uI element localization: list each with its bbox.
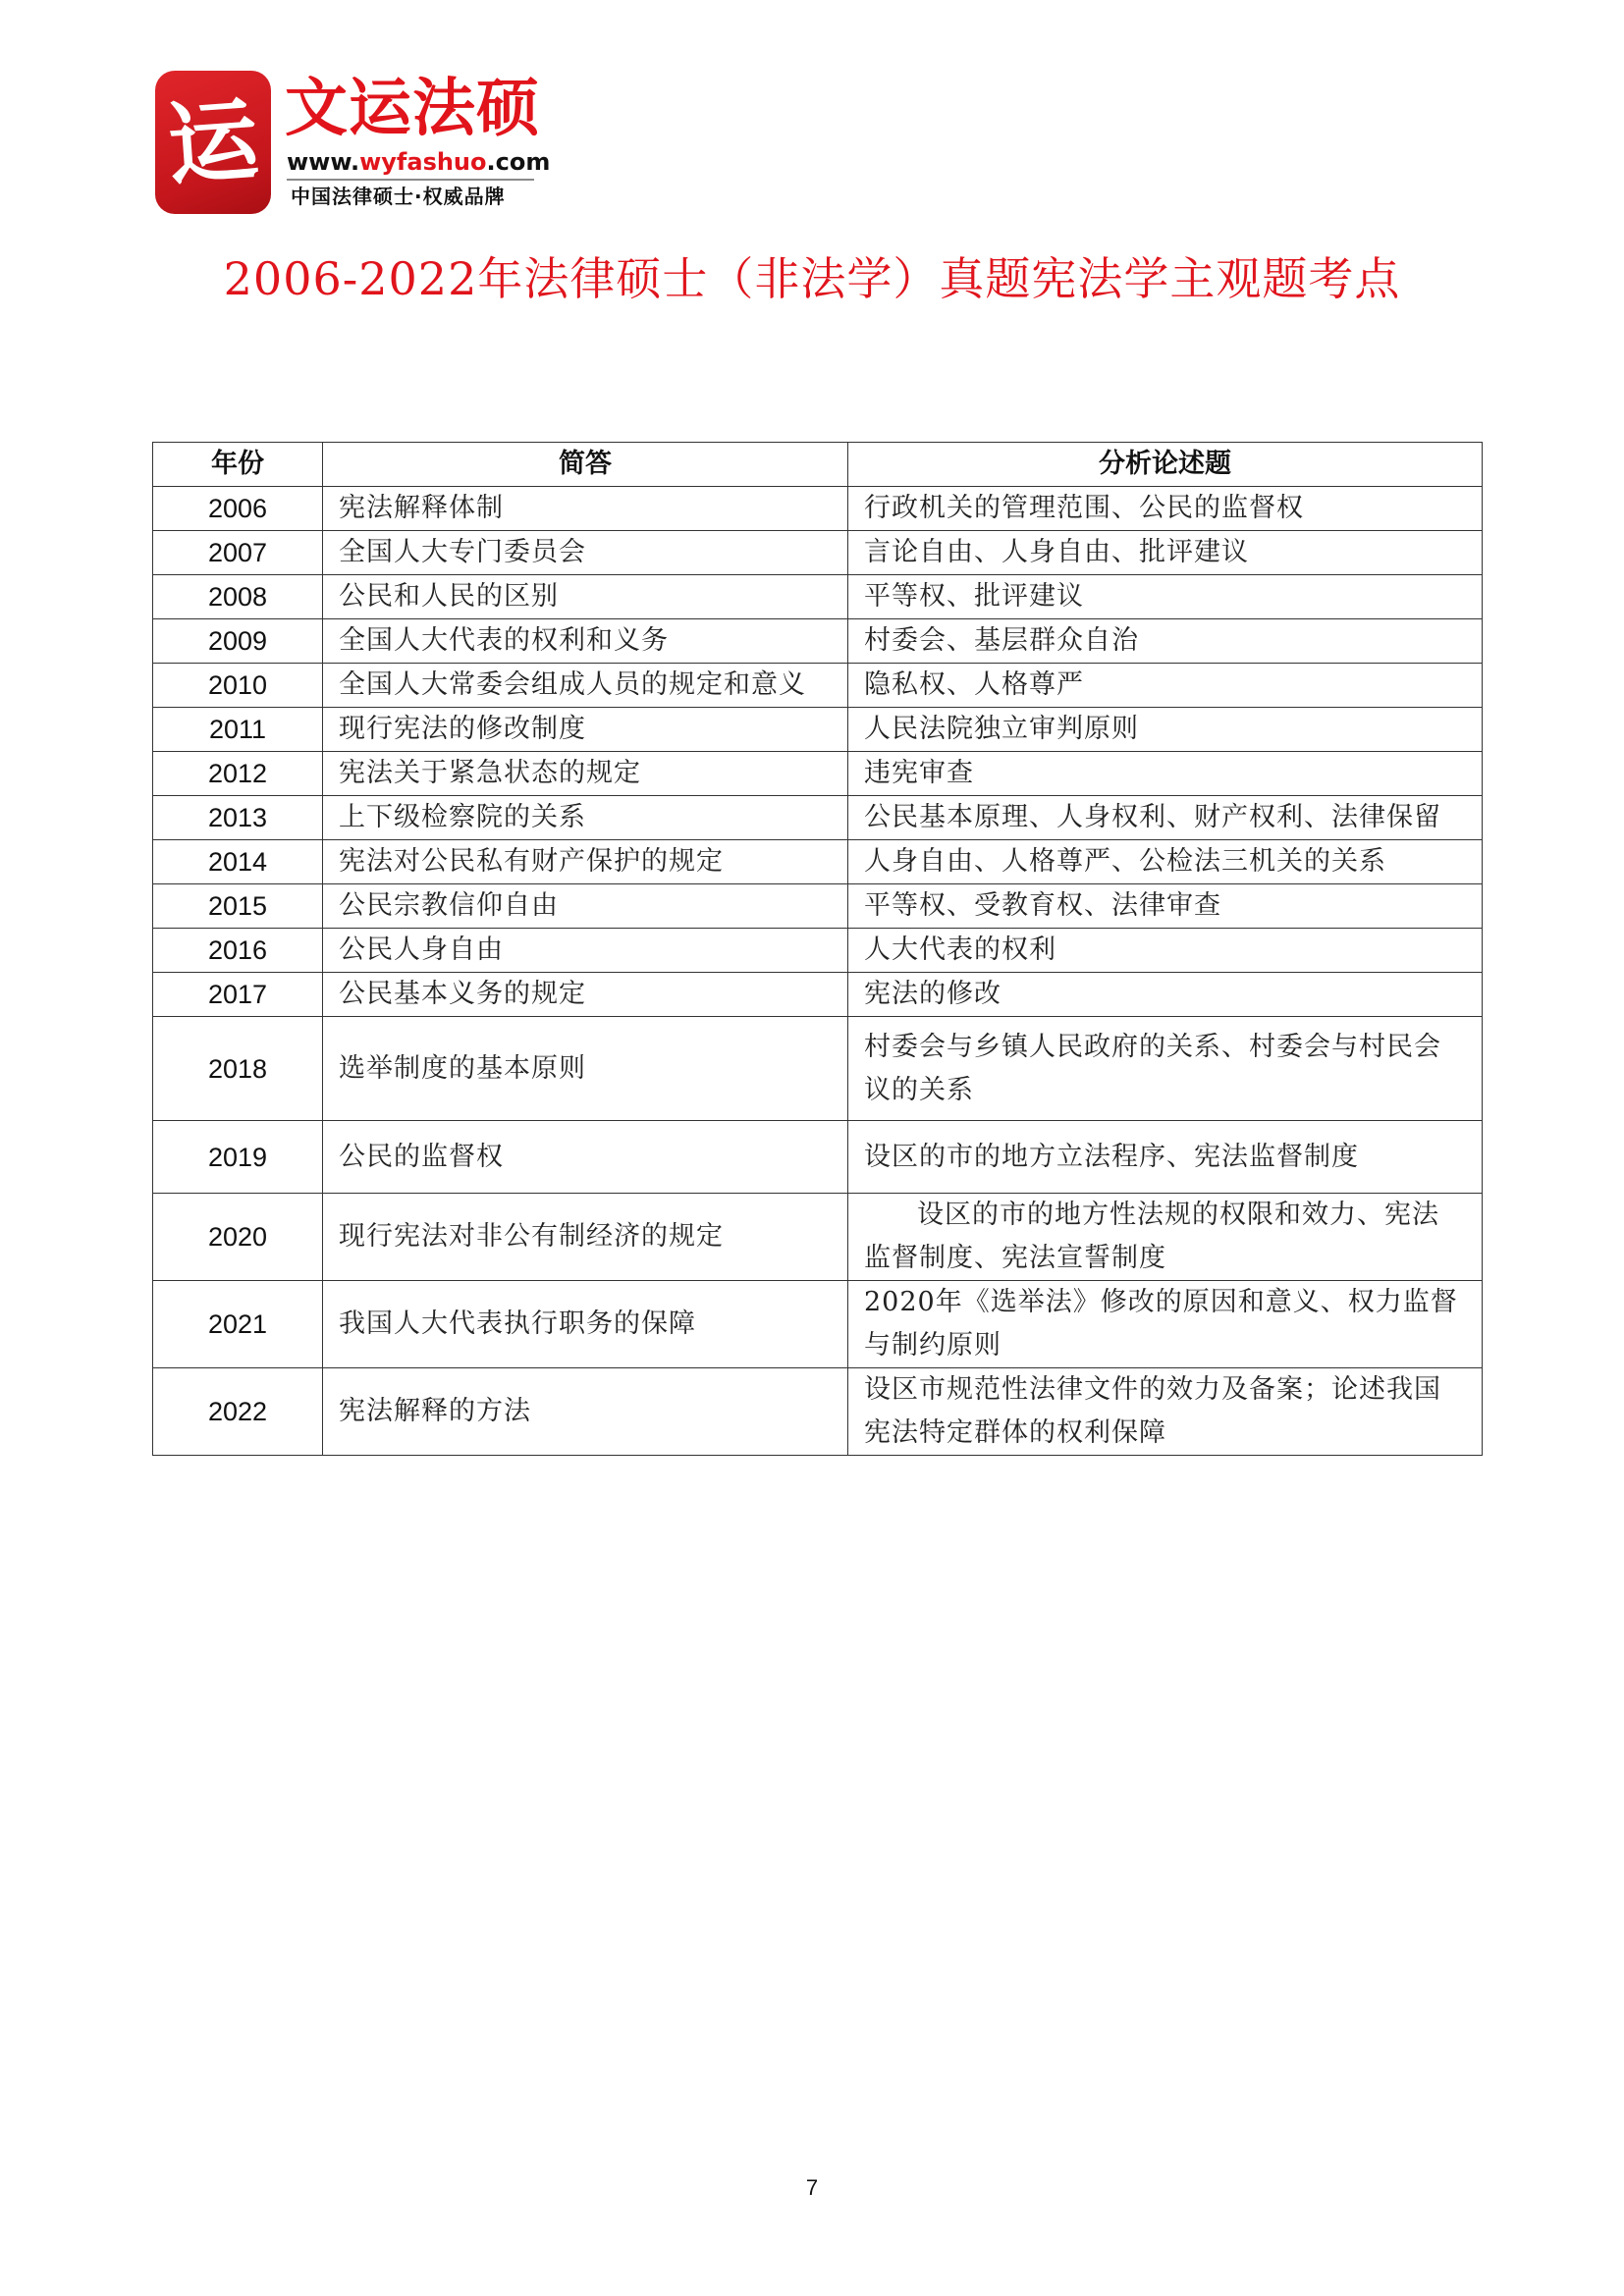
cell-essay: 隐私权、人格尊严 [848,664,1483,708]
header-short-answer: 简答 [323,443,848,487]
cell-short-answer: 公民基本义务的规定 [323,973,848,1017]
table-row: 2019 公民的监督权 设区的市的地方立法程序、宪法监督制度 [153,1121,1483,1194]
cell-short-answer: 我国人大代表执行职务的保障 [323,1281,848,1368]
cell-short-answer: 公民宗教信仰自由 [323,884,848,929]
document-title: 2006-2022年法律硕士（非法学）真题宪法学主观题考点 [0,247,1624,310]
cell-year: 2016 [153,929,323,973]
exam-topics-table: 年份 简答 分析论述题 2006 宪法解释体制 行政机关的管理范围、公民的监督权… [152,442,1483,1456]
cell-year: 2018 [153,1017,323,1121]
table-row: 2018 选举制度的基本原则 村委会与乡镇人民政府的关系、村委会与村民会议的关系 [153,1017,1483,1121]
logo-url-suffix: .com [487,148,551,176]
cell-short-answer: 宪法解释的方法 [323,1368,848,1456]
cell-year: 2022 [153,1368,323,1456]
table-row: 2006 宪法解释体制 行政机关的管理范围、公民的监督权 [153,487,1483,531]
cell-essay: 村委会、基层群众自治 [848,619,1483,664]
logo-brand-name: 文运法硕 [285,73,540,145]
cell-year: 2019 [153,1121,323,1194]
cell-essay: 2020年《选举法》修改的原因和意义、权力监督与制约原则 [848,1281,1483,1368]
cell-essay: 设区的市的地方立法程序、宪法监督制度 [848,1121,1483,1194]
cell-short-answer: 宪法关于紧急状态的规定 [323,752,848,796]
cell-short-answer: 选举制度的基本原则 [323,1017,848,1121]
table-header-row: 年份 简答 分析论述题 [153,443,1483,487]
logo-url: www.wyfashuo.com [287,149,550,175]
cell-year: 2011 [153,708,323,752]
table-row: 2011 现行宪法的修改制度 人民法院独立审判原则 [153,708,1483,752]
table-row: 2014 宪法对公民私有财产保护的规定 人身自由、人格尊严、公检法三机关的关系 [153,840,1483,884]
cell-short-answer: 公民和人民的区别 [323,575,848,619]
cell-short-answer: 全国人大代表的权利和义务 [323,619,848,664]
table-row: 2012 宪法关于紧急状态的规定 违宪审查 [153,752,1483,796]
cell-year: 2012 [153,752,323,796]
table-row: 2016 公民人身自由 人大代表的权利 [153,929,1483,973]
page-number: 7 [0,2175,1624,2201]
cell-year: 2009 [153,619,323,664]
logo-mark-icon: 运 [155,71,271,214]
cell-short-answer: 公民人身自由 [323,929,848,973]
cell-short-answer: 全国人大专门委员会 [323,531,848,575]
table-row: 2010 全国人大常委会组成人员的规定和意义 隐私权、人格尊严 [153,664,1483,708]
cell-year: 2013 [153,796,323,840]
table-row: 2022 宪法解释的方法 设区市规范性法律文件的效力及备案；论述我国宪法特定群体… [153,1368,1483,1456]
cell-short-answer: 宪法对公民私有财产保护的规定 [323,840,848,884]
cell-short-answer: 现行宪法对非公有制经济的规定 [323,1194,848,1281]
cell-essay: 人大代表的权利 [848,929,1483,973]
cell-essay: 公民基本原理、人身权利、财产权利、法律保留 [848,796,1483,840]
logo-url-highlight: wyfashuo [359,148,486,176]
cell-essay: 人身自由、人格尊严、公检法三机关的关系 [848,840,1483,884]
cell-year: 2007 [153,531,323,575]
cell-essay: 违宪审查 [848,752,1483,796]
logo-mark-glyph: 运 [165,94,261,190]
cell-short-answer: 现行宪法的修改制度 [323,708,848,752]
cell-short-answer: 上下级检察院的关系 [323,796,848,840]
cell-year: 2021 [153,1281,323,1368]
table-row: 2020 现行宪法对非公有制经济的规定 设区的市的地方性法规的权限和效力、宪法监… [153,1194,1483,1281]
cell-essay: 设区市规范性法律文件的效力及备案；论述我国宪法特定群体的权利保障 [848,1368,1483,1456]
header-essay: 分析论述题 [848,443,1483,487]
brand-logo: 运 文运法硕 www.wyfashuo.com 中国法律硕士·权威品牌 [155,69,540,216]
table-row: 2017 公民基本义务的规定 宪法的修改 [153,973,1483,1017]
table-row: 2008 公民和人民的区别 平等权、批评建议 [153,575,1483,619]
cell-essay: 平等权、批评建议 [848,575,1483,619]
cell-short-answer: 公民的监督权 [323,1121,848,1194]
cell-year: 2010 [153,664,323,708]
cell-essay: 平等权、受教育权、法律审查 [848,884,1483,929]
cell-year: 2017 [153,973,323,1017]
cell-year: 2008 [153,575,323,619]
cell-year: 2020 [153,1194,323,1281]
cell-essay: 行政机关的管理范围、公民的监督权 [848,487,1483,531]
table-row: 2015 公民宗教信仰自由 平等权、受教育权、法律审查 [153,884,1483,929]
cell-essay: 设区的市的地方性法规的权限和效力、宪法监督制度、宪法宣誓制度 [848,1194,1483,1281]
cell-essay: 村委会与乡镇人民政府的关系、村委会与村民会议的关系 [848,1017,1483,1121]
cell-year: 2015 [153,884,323,929]
cell-essay: 宪法的修改 [848,973,1483,1017]
logo-url-prefix: www. [287,148,359,176]
logo-slogan: 中国法律硕士·权威品牌 [291,183,506,210]
table-row: 2013 上下级检察院的关系 公民基本原理、人身权利、财产权利、法律保留 [153,796,1483,840]
header-year: 年份 [153,443,323,487]
cell-short-answer: 宪法解释体制 [323,487,848,531]
table-row: 2021 我国人大代表执行职务的保障 2020年《选举法》修改的原因和意义、权力… [153,1281,1483,1368]
table-row: 2007 全国人大专门委员会 言论自由、人身自由、批评建议 [153,531,1483,575]
cell-essay: 人民法院独立审判原则 [848,708,1483,752]
cell-year: 2014 [153,840,323,884]
cell-year: 2006 [153,487,323,531]
cell-essay: 言论自由、人身自由、批评建议 [848,531,1483,575]
cell-short-answer: 全国人大常委会组成人员的规定和意义 [323,664,848,708]
table-row: 2009 全国人大代表的权利和义务 村委会、基层群众自治 [153,619,1483,664]
logo-divider [287,179,534,181]
